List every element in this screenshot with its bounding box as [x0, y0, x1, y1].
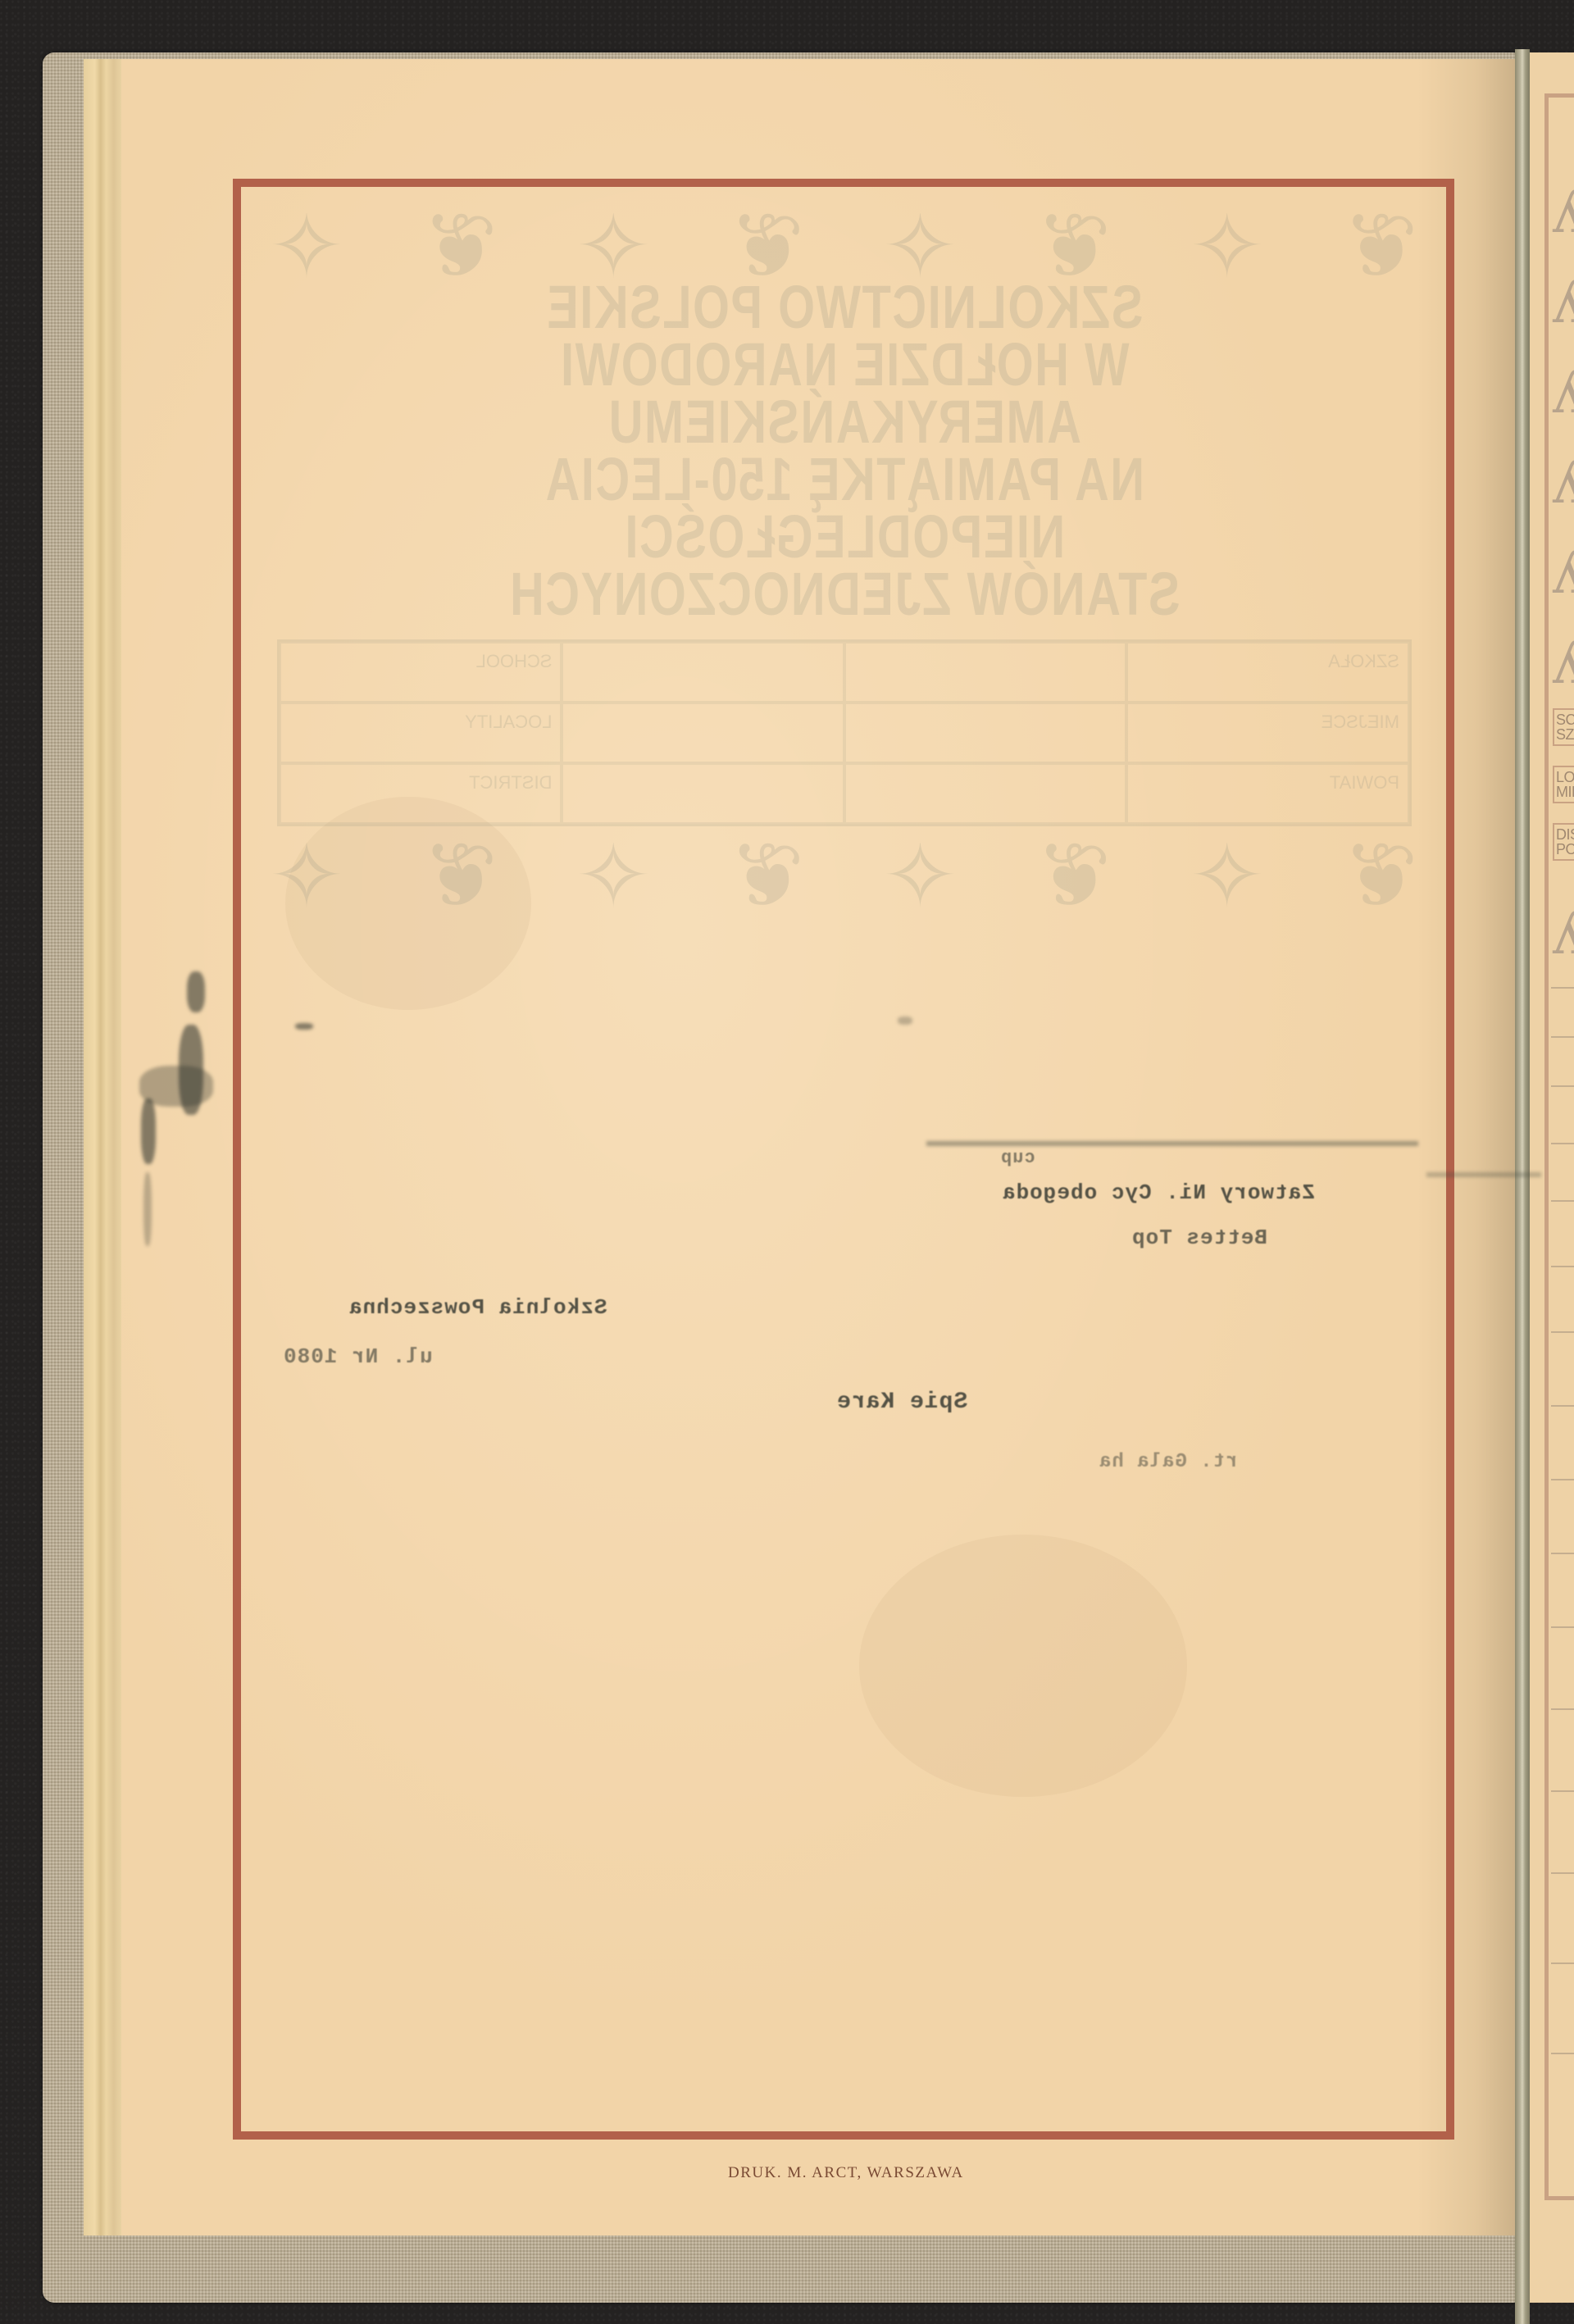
next-page-ornament-icon: ʎ: [1553, 897, 1574, 971]
stamp-offset: cup: [1000, 1148, 1035, 1168]
printer-imprint: DRUK. M. ARCT, WARSZAWA: [728, 2164, 964, 2182]
stamp-offset: Bettes Top: [1131, 1226, 1267, 1250]
book-gutter: [1515, 49, 1530, 2324]
ink-smudge: [141, 1098, 156, 1164]
next-page-label-district: DISTR POW: [1553, 823, 1574, 861]
handwriting-mark: [1551, 1962, 1574, 1964]
stamp-offset: rt. Gala ha: [1099, 1451, 1237, 1473]
ink-streak: [1426, 1172, 1541, 1177]
next-page-ornament-icon: ʎ: [1553, 356, 1574, 430]
ink-smudge: [898, 1016, 912, 1025]
stamp-offset: ul. Nr 1080: [283, 1344, 433, 1369]
next-page-ornament-icon: ʎ: [1553, 536, 1574, 610]
handwriting-mark: [1551, 1479, 1574, 1480]
handwriting-mark: [1551, 1036, 1574, 1038]
handwriting-mark: [1551, 1790, 1574, 1792]
handwriting-mark: [1551, 1708, 1574, 1710]
page-edges: [84, 59, 122, 2235]
handwriting-mark: [1551, 1553, 1574, 1554]
next-page-label-locality: LOCA MIEJS: [1553, 766, 1574, 803]
next-page-ornament-icon: ʎ: [1553, 626, 1574, 700]
stamp-offset: Zatwory Ni. Cyc obegoda: [1002, 1180, 1315, 1205]
handwriting-mark: [1551, 1200, 1574, 1202]
next-page-ornament-icon: ʎ: [1553, 175, 1574, 249]
handwriting-mark: [1551, 987, 1574, 989]
handwriting-mark: [1551, 1872, 1574, 1874]
next-page-edge: ʎ ʎ ʎ ʎ ʎ ʎ SCHO SZKO LOCA MIEJS DISTR P…: [1530, 52, 1574, 2303]
handwriting-mark: [1551, 1143, 1574, 1144]
stamp-offset: Szkolnia Powszechna: [348, 1295, 607, 1320]
next-page-ornament-icon: ʎ: [1553, 446, 1574, 520]
next-page-label-school: SCHO SZKO: [1553, 708, 1574, 746]
handwriting-mark: [1551, 1085, 1574, 1087]
handwriting-mark: [1551, 1331, 1574, 1333]
handwriting-mark: [1551, 1626, 1574, 1628]
stamp-offset: Spie Kare: [836, 1389, 967, 1415]
ink-smudge: [187, 971, 205, 1012]
handwriting-mark: [1551, 1405, 1574, 1407]
next-page-ornament-icon: ʎ: [1553, 266, 1574, 339]
handwriting-mark: [1551, 2053, 1574, 2054]
ink-smudge: [143, 1172, 152, 1246]
page-border-frame: [233, 179, 1454, 2140]
ink-streak: [926, 1141, 1418, 1146]
ink-smudge: [295, 1023, 313, 1030]
handwriting-mark: [1551, 1266, 1574, 1267]
